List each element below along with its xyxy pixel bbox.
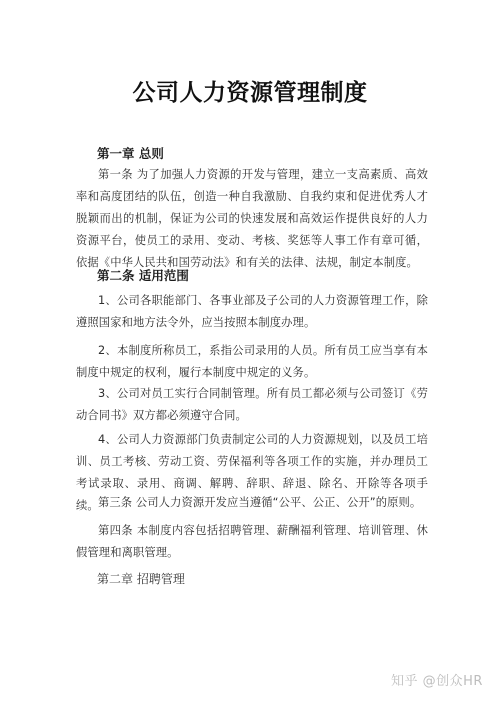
chapter2-heading: 第二章 招聘管理 — [97, 570, 185, 587]
document-title: 公司人力资源管理制度 — [0, 74, 500, 107]
article4-paragraph: 第四条 本制度内容包括招聘管理、薪酬福利管理、培训管理、休假管理和离职管理。 — [76, 520, 428, 564]
article2-item-2: 2、本制度所称员工，系指公司录用的人员。所有员工应当享有本制度中规定的权利，履行… — [76, 340, 428, 384]
article1-paragraph: 第一条 为了加强人力资源的开发与管理，建立一支高素质、高效率和高度团结的队伍，创… — [76, 164, 428, 274]
watermark: 知乎 @创众HR — [391, 670, 483, 689]
chapter1-heading: 第一章 总则 — [97, 144, 164, 162]
article3-paragraph: 第三条 公司人力资源开发应当遵循“公平、公正、公开”的原则。 — [76, 492, 428, 514]
article2-heading: 第二条 适用范围 — [97, 266, 189, 284]
article2-item-1: 1、公司各职能部门、各事业部及子公司的人力资源管理工作，除遵照国家和地方法令外，… — [76, 290, 428, 334]
article2-item-3: 3、公司对员工实行合同制管理。所有员工都必须与公司签订《劳动合同书》双方都必须遵… — [76, 383, 428, 427]
